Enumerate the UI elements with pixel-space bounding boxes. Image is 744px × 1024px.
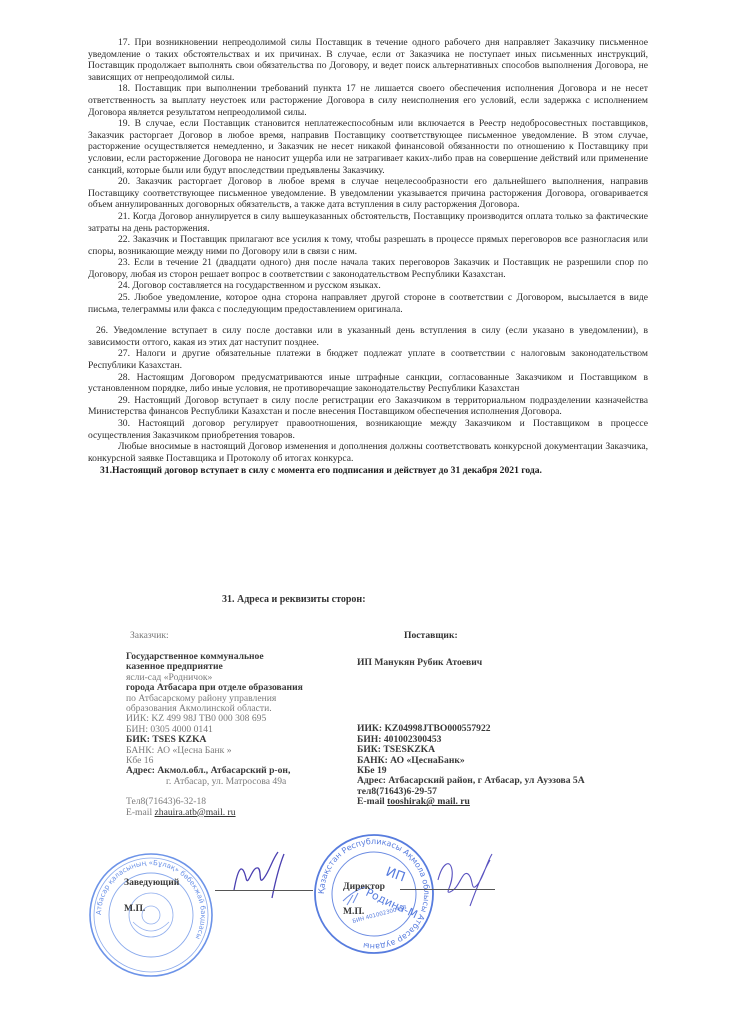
clause-22: 22. Заказчик и Поставщик прилагают все у… (88, 234, 648, 257)
customer-signature-line (215, 890, 313, 891)
supplier-details: ИП Манукян Рубик Атоевич ИИК: KZ04998JTB… (357, 658, 647, 808)
supplier-name: ИП Манукян Рубик Атоевич (357, 658, 647, 668)
supplier-label: Поставщик: (404, 630, 458, 641)
supplier-seal-label: М.П. (343, 906, 364, 917)
supplier-stamp-icon: Қазақстан Республикасы Ақмола облысы Атб… (313, 833, 435, 955)
customer-label: Заказчик: (130, 630, 169, 641)
customer-signature-icon (228, 848, 288, 903)
clause-29: 29. Настоящий Договор вступает в силу по… (88, 395, 648, 418)
customer-bank: БАНК: АО «Цесна Банк » (126, 746, 356, 756)
requisites-title: 31. Адреса и реквизиты сторон: (222, 594, 366, 605)
clause-23: 23. Если в течение 21 (двадцати одного) … (88, 257, 648, 280)
clause-31-validity: 31.Настоящий договор вступает в силу с м… (88, 465, 648, 477)
customer-address-2: г. Атбасар, ул. Матросова 49а (126, 777, 356, 787)
clause-24: 24. Договор составляется на государствен… (88, 280, 648, 292)
customer-signer-title: Заведующий (124, 877, 179, 888)
customer-stamp-icon: Атбасар қаласының «Бұлақ» бөбекжай бақша… (88, 852, 214, 978)
contract-body: 17. При возникновении непреодолимой силы… (88, 37, 648, 477)
svg-text:ИП: ИП (384, 865, 407, 886)
supplier-email-link[interactable]: tooshirak@ mail. ru (387, 796, 470, 807)
customer-email-link[interactable]: zhauira.atb@mail. ru (155, 807, 236, 818)
supplier-signer-title: Директор (343, 881, 385, 892)
clause-18: 18. Поставщик при выполнении требований … (88, 83, 648, 118)
supplier-signature-icon (430, 850, 500, 910)
clause-28: 28. Настоящим Договором предусматриваютс… (88, 372, 648, 395)
clause-27: 27. Налоги и другие обязательные платежи… (88, 348, 648, 371)
clause-20: 20. Заказчик расторгает Договор в любое … (88, 176, 648, 211)
clause-21: 21. Когда Договор аннулируется в силу вы… (88, 211, 648, 234)
customer-details: Государственное коммунальное казенное пр… (126, 652, 356, 818)
clause-30: 30. Настоящий договор регулирует правоот… (88, 418, 648, 441)
clause-26: 26. Уведомление вступает в силу после до… (88, 325, 648, 348)
supplier-email-prefix: E-mail (357, 796, 387, 807)
clause-25: 25. Любое уведомление, которое одна стор… (88, 292, 648, 315)
clause-17: 17. При возникновении непреодолимой силы… (88, 37, 648, 83)
clause-19: 19. В случае, если Поставщик становится … (88, 118, 648, 176)
customer-seal-label: М.П. (124, 903, 145, 914)
supplier-email-row: E-mail tooshirak@ mail. ru (357, 797, 647, 807)
supplier-signature-line (400, 889, 495, 890)
customer-email-prefix: E-mail (126, 807, 155, 818)
supplier-bank: БАНК: АО «ЦеснаБанк» (357, 756, 647, 766)
customer-email-row: E-mail zhauira.atb@mail. ru (126, 808, 356, 818)
clause-amendments: Любые вносимые в настоящий Договор измен… (88, 441, 648, 464)
document-page: 17. При возникновении непреодолимой силы… (0, 0, 744, 1024)
